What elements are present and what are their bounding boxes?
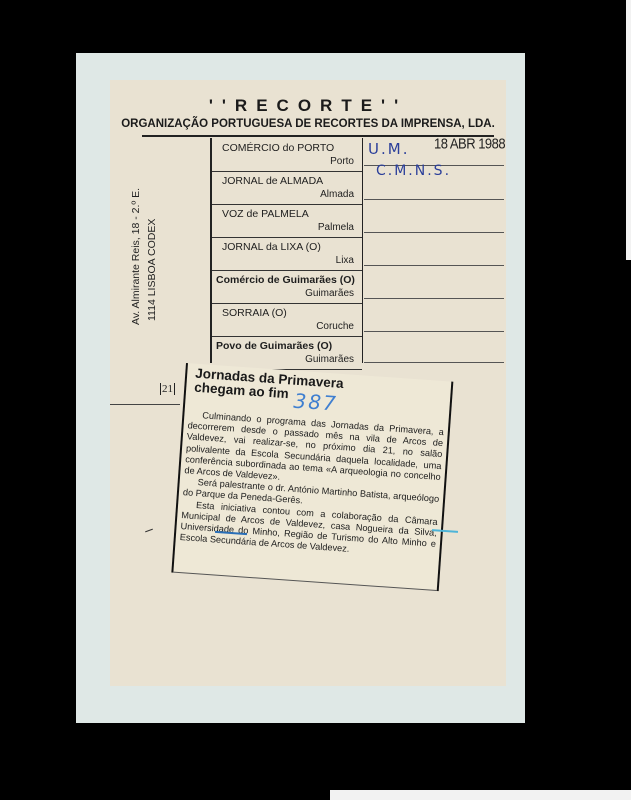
publication-city: Guimarães bbox=[305, 288, 354, 299]
publication-city: Porto bbox=[330, 156, 354, 167]
publication-row: COMÉRCIO do PORTO Porto bbox=[212, 138, 362, 172]
notes-line bbox=[364, 331, 504, 332]
organization-name: ORGANIZAÇÃO PORTUGUESA DE RECORTES DA IM… bbox=[110, 118, 506, 130]
publication-row: Povo de Guimarães (O) Guimarães bbox=[212, 336, 362, 370]
publication-name: Povo de Guimarães (O) bbox=[216, 340, 332, 352]
handwritten-note: U.M. bbox=[368, 140, 409, 158]
publication-row: Comércio de Guimarães (O) Guimarães bbox=[212, 270, 362, 304]
notes-line bbox=[364, 362, 504, 363]
publication-name: Comércio de Guimarães (O) bbox=[216, 274, 355, 286]
publication-name: JORNAL de ALMADA bbox=[222, 175, 323, 187]
clip-number: 387 bbox=[293, 389, 339, 416]
table-middle-border bbox=[362, 138, 363, 363]
publication-row: VOZ de PALMELA Palmela bbox=[212, 204, 362, 238]
page-number-rule bbox=[110, 404, 180, 405]
scan-edge-bottom bbox=[330, 790, 631, 800]
address-city: 1114 LISBOA CODEX bbox=[144, 188, 160, 325]
handwritten-note: C.M.N.S. bbox=[376, 163, 451, 179]
clipping-body: Culminando o programa das Jornadas da Pr… bbox=[179, 409, 444, 561]
publication-city: Almada bbox=[320, 189, 354, 200]
publication-row: JORNAL da LIXA (O) Lixa bbox=[212, 237, 362, 271]
address-block: Av. Almirante Reis, 18 - 2.º E. 1114 LIS… bbox=[128, 188, 160, 325]
brand-title: ''RECORTE'' bbox=[110, 96, 506, 116]
publication-city: Guimarães bbox=[305, 354, 354, 365]
notes-line bbox=[364, 199, 504, 200]
publication-name: SORRAIA (O) bbox=[222, 307, 287, 319]
publication-name: VOZ de PALMELA bbox=[222, 208, 309, 220]
publication-row: SORRAIA (O) Coruche bbox=[212, 303, 362, 337]
publication-city: Palmela bbox=[318, 222, 354, 233]
publication-city: Lixa bbox=[336, 255, 354, 266]
page-number: 21 bbox=[160, 383, 175, 395]
notes-line bbox=[364, 298, 504, 299]
date-stamp: 18 ABR 1988 bbox=[434, 135, 505, 152]
publication-city: Coruche bbox=[316, 321, 354, 332]
publication-row: JORNAL de ALMADA Almada bbox=[212, 171, 362, 205]
notes-line bbox=[364, 232, 504, 233]
notes-line bbox=[364, 265, 504, 266]
publication-name: JORNAL da LIXA (O) bbox=[222, 241, 321, 253]
address-street: Av. Almirante Reis, 18 - 2.º E. bbox=[128, 188, 144, 325]
scan-edge-right bbox=[626, 0, 631, 260]
newspaper-clipping: Jornadas da Primavera chegam ao fim 387 … bbox=[171, 363, 453, 591]
publication-name: COMÉRCIO do PORTO bbox=[222, 142, 334, 154]
